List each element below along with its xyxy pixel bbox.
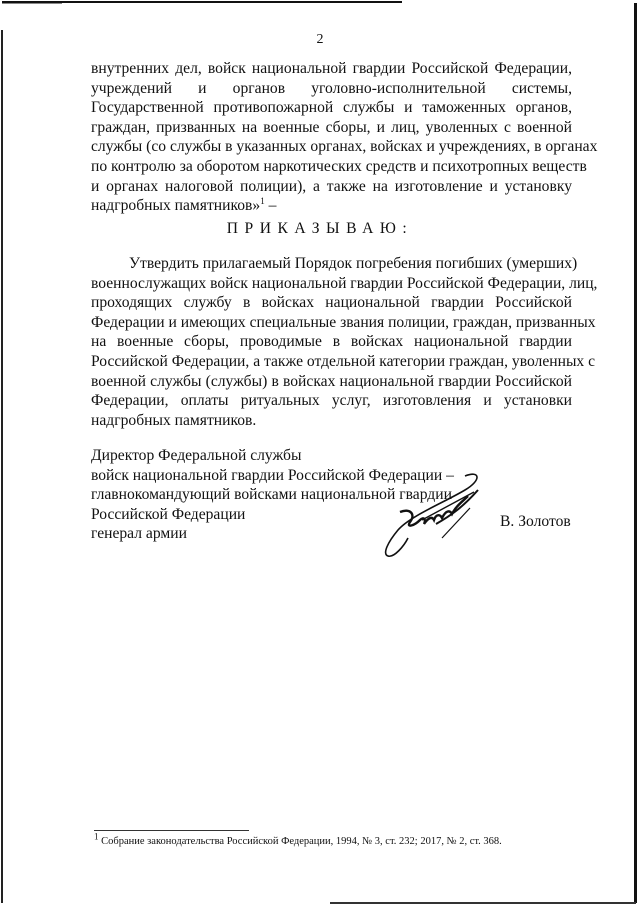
text-line: проходящих службу в войсках национальной…: [91, 293, 572, 313]
handwritten-signature-icon: [370, 468, 510, 560]
text-line: Утвердить прилагаемый Порядок погребения…: [91, 254, 572, 274]
text-line: Российской Федерации, а также отдельной …: [91, 352, 572, 372]
page-number: 2: [0, 32, 640, 48]
paragraph-order: Утвердить прилагаемый Порядок погребения…: [91, 254, 572, 430]
text-line: военной службы (службы) в войсках национ…: [91, 372, 572, 392]
text-line: внутренних дел, войск национальной гвард…: [91, 59, 572, 79]
text-line: Федерации и имеющих специальные звания п…: [91, 313, 572, 333]
scan-border-left: [1, 30, 3, 903]
text-line: на военные сборы, проводимые в войсках н…: [91, 332, 572, 352]
text-line: надгробных памятников»1 –: [91, 196, 572, 216]
text-line: учреждений и органов уголовно-исполнител…: [91, 79, 572, 99]
text-line: службы (со службы в указанных органах, в…: [91, 137, 572, 157]
text-line: военнослужащих войск национальной гварди…: [91, 274, 572, 294]
signer-name: В. Золотов: [500, 513, 571, 531]
scan-border-right: [634, 3, 637, 903]
text-line: по контролю за оборотом наркотических ср…: [91, 157, 572, 177]
text-line: надгробных памятников.: [91, 411, 572, 431]
text-segment: –: [265, 197, 277, 214]
footnote-text: Собрание законодательства Российской Фед…: [99, 836, 502, 847]
scan-border-top-shade: [2, 3, 62, 4]
text-line: и органах налоговой полиции), а также на…: [91, 177, 572, 197]
order-heading: ПРИКАЗЫВАЮ:: [0, 220, 640, 238]
text-segment: надгробных памятников»: [91, 197, 260, 214]
text-line: граждан, призванных на военные сборы, и …: [91, 118, 572, 138]
signatory-title-line: Директор Федеральной службы: [91, 446, 454, 466]
footnote-separator: [94, 830, 249, 831]
text-line: Государственной противопожарной службы и…: [91, 98, 572, 118]
scan-border-top: [2, 1, 402, 3]
scan-border-bottom: [330, 902, 636, 904]
footnote: 1 Собрание законодательства Российской Ф…: [94, 836, 502, 847]
paragraph-intro: внутренних дел, войск национальной гвард…: [91, 59, 572, 216]
text-line: Федерации, оплаты ритуальных услуг, изго…: [91, 391, 572, 411]
document-page: 2 внутренних дел, войск национальной гва…: [0, 0, 640, 905]
